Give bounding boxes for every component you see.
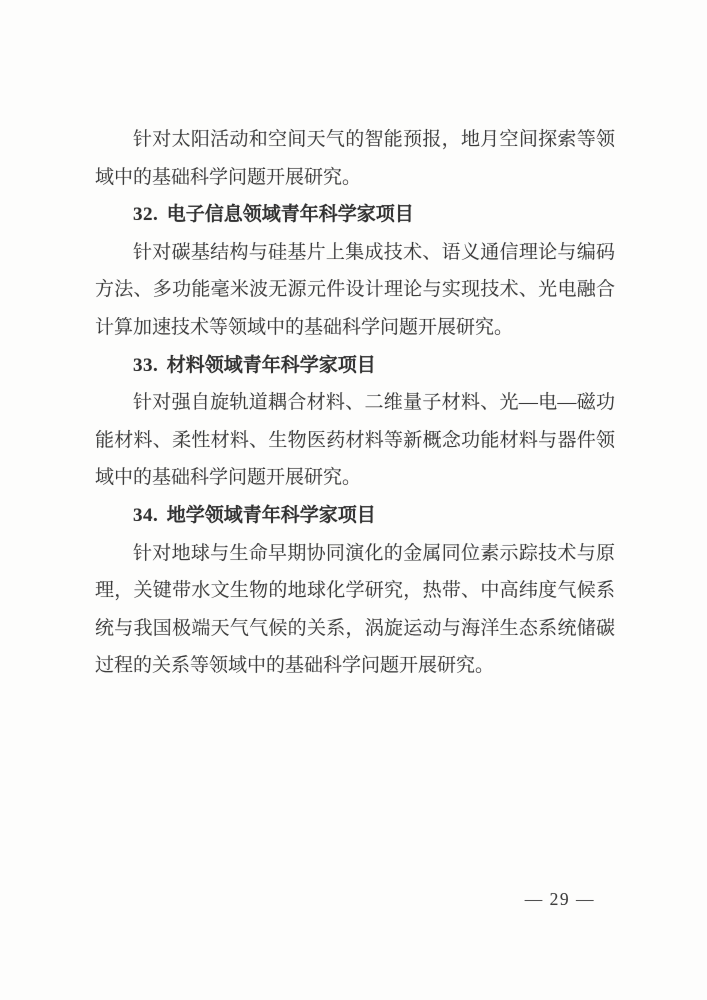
section-32-heading: 32.电子信息领域青年科学家项目 (95, 196, 615, 234)
section-33-title: 材料领域青年科学家项目 (167, 355, 376, 376)
section-33-heading: 33.材料领域青年科学家项目 (95, 347, 615, 385)
section-32-body: 针对碳基结构与硅基片上集成技术、语义通信理论与编码方法、多功能毫米波无源元件设计… (95, 234, 615, 347)
section-34-title: 地学领域青年科学家项目 (167, 505, 376, 526)
section-33-number: 33. (133, 355, 158, 376)
section-34-body: 针对地球与生命早期协同演化的金属同位素示踪技术与原理，关键带水文生物的地球化学研… (95, 535, 615, 685)
section-33-body: 针对强自旋轨道耦合材料、二维量子材料、光—电—磁功能材料、柔性材料、生物医药材料… (95, 384, 615, 497)
section-34-number: 34. (133, 505, 158, 526)
section-32-title: 电子信息领域青年科学家项目 (167, 204, 414, 225)
document-page: 针对太阳活动和空间天气的智能预报，地月空间探索等领域中的基础科学问题开展研究。 … (0, 0, 707, 1000)
document-content: 针对太阳活动和空间天气的智能预报，地月空间探索等领域中的基础科学问题开展研究。 … (95, 121, 615, 685)
section-34-heading: 34.地学领域青年科学家项目 (95, 497, 615, 535)
section-32-number: 32. (133, 204, 158, 225)
page-number: — 29 — (525, 889, 595, 910)
paragraph-continuation: 针对太阳活动和空间天气的智能预报，地月空间探索等领域中的基础科学问题开展研究。 (95, 121, 615, 196)
